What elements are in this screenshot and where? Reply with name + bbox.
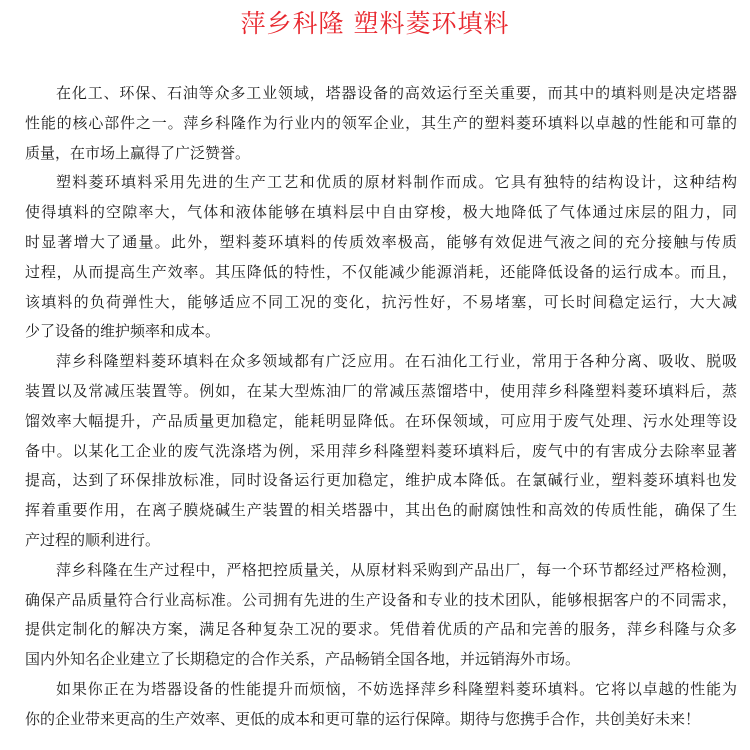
text-line: 萍乡科隆在生产过程中，严格把控质量关，从原材料采购到产品出厂，每一个环节都经过严… xyxy=(25,556,737,586)
text-line: 在化工、环保、石油等众多工业领域，塔器设备的高效运行至关重要，而其中的填料则是决… xyxy=(25,79,737,109)
page-title: 萍乡科隆 塑料菱环填料 xyxy=(0,6,750,42)
text-line: 使得填料的空隙率大，气体和液体能够在填料层中自由穿梭，极大地降低了气体通过床层的… xyxy=(25,198,737,228)
text-line: 质量，在市场上赢得了广泛赞誉。 xyxy=(25,139,737,169)
text-line: 确保产品质量符合行业高标准。公司拥有先进的生产设备和专业的技术团队，能够根据客户… xyxy=(25,586,737,616)
text-line: 该填料的负荷弹性大，能够适应不同工况的变化，抗污性好，不易堵塞，可长时间稳定运行… xyxy=(25,288,737,318)
text-line: 挥着重要作用，在离子膜烧碱生产装置的相关塔器中，其出色的耐腐蚀性和高效的传质性能… xyxy=(25,496,737,526)
paragraph-applications: 萍乡科隆塑料菱环填料在众多领域都有广泛应用。在石油化工行业，常用于各种分离、吸收… xyxy=(25,347,737,556)
text-line: 过程，从而提高生产效率。其压降低的特性，不仅能减少能源消耗，还能降低设备的运行成… xyxy=(25,258,737,288)
text-line: 少了设备的维护频率和成本。 xyxy=(25,317,737,347)
paragraph-intro: 在化工、环保、石油等众多工业领域，塔器设备的高效运行至关重要，而其中的填料则是决… xyxy=(25,79,737,168)
paragraph-features: 塑料菱环填料采用先进的生产工艺和优质的原材料制作而成。它具有独特的结构设计，这种… xyxy=(25,168,737,347)
text-line: 备中。以某化工企业的废气洗涤塔为例，采用萍乡科隆塑料菱环填料后，废气中的有害成分… xyxy=(25,437,737,467)
text-line: 性能的核心部件之一。萍乡科隆作为行业内的领军企业，其生产的塑料菱环填料以卓越的性… xyxy=(25,109,737,139)
text-line: 时显著增大了通量。此外，塑料菱环填料的传质效率极高，能够有效促进气液之间的充分接… xyxy=(25,228,737,258)
text-line: 你的企业带来更高的生产效率、更低的成本和更可靠的运行保障。期待与您携手合作，共创… xyxy=(25,705,737,735)
text-line: 如果你正在为塔器设备的性能提升而烦恼，不妨选择萍乡科隆塑料菱环填料。它将以卓越的… xyxy=(25,675,737,705)
text-line: 产过程的顺利进行。 xyxy=(25,526,737,556)
text-line: 国内外知名企业建立了长期稳定的合作关系，产品畅销全国各地，并远销海外市场。 xyxy=(25,645,737,675)
text-line: 馏效率大幅提升，产品质量更加稳定，能耗明显降低。在环保领域，可应用于废气处理、污… xyxy=(25,407,737,437)
article-body: 在化工、环保、石油等众多工业领域，塔器设备的高效运行至关重要，而其中的填料则是决… xyxy=(25,79,737,735)
text-line: 装置以及常减压装置等。例如，在某大型炼油厂的常减压蒸馏塔中，使用萍乡科隆塑料菱环… xyxy=(25,377,737,407)
paragraph-closing: 如果你正在为塔器设备的性能提升而烦恼，不妨选择萍乡科隆塑料菱环填料。它将以卓越的… xyxy=(25,675,737,735)
text-line: 萍乡科隆塑料菱环填料在众多领域都有广泛应用。在石油化工行业，常用于各种分离、吸收… xyxy=(25,347,737,377)
text-line: 提供定制化的解决方案，满足各种复杂工况的要求。凭借着优质的产品和完善的服务，萍乡… xyxy=(25,615,737,645)
text-line: 提高，达到了环保排放标准，同时设备运行更加稳定，维护成本降低。在氯碱行业，塑料菱… xyxy=(25,466,737,496)
text-line: 塑料菱环填料采用先进的生产工艺和优质的原材料制作而成。它具有独特的结构设计，这种… xyxy=(25,168,737,198)
paragraph-quality: 萍乡科隆在生产过程中，严格把控质量关，从原材料采购到产品出厂，每一个环节都经过严… xyxy=(25,556,737,675)
